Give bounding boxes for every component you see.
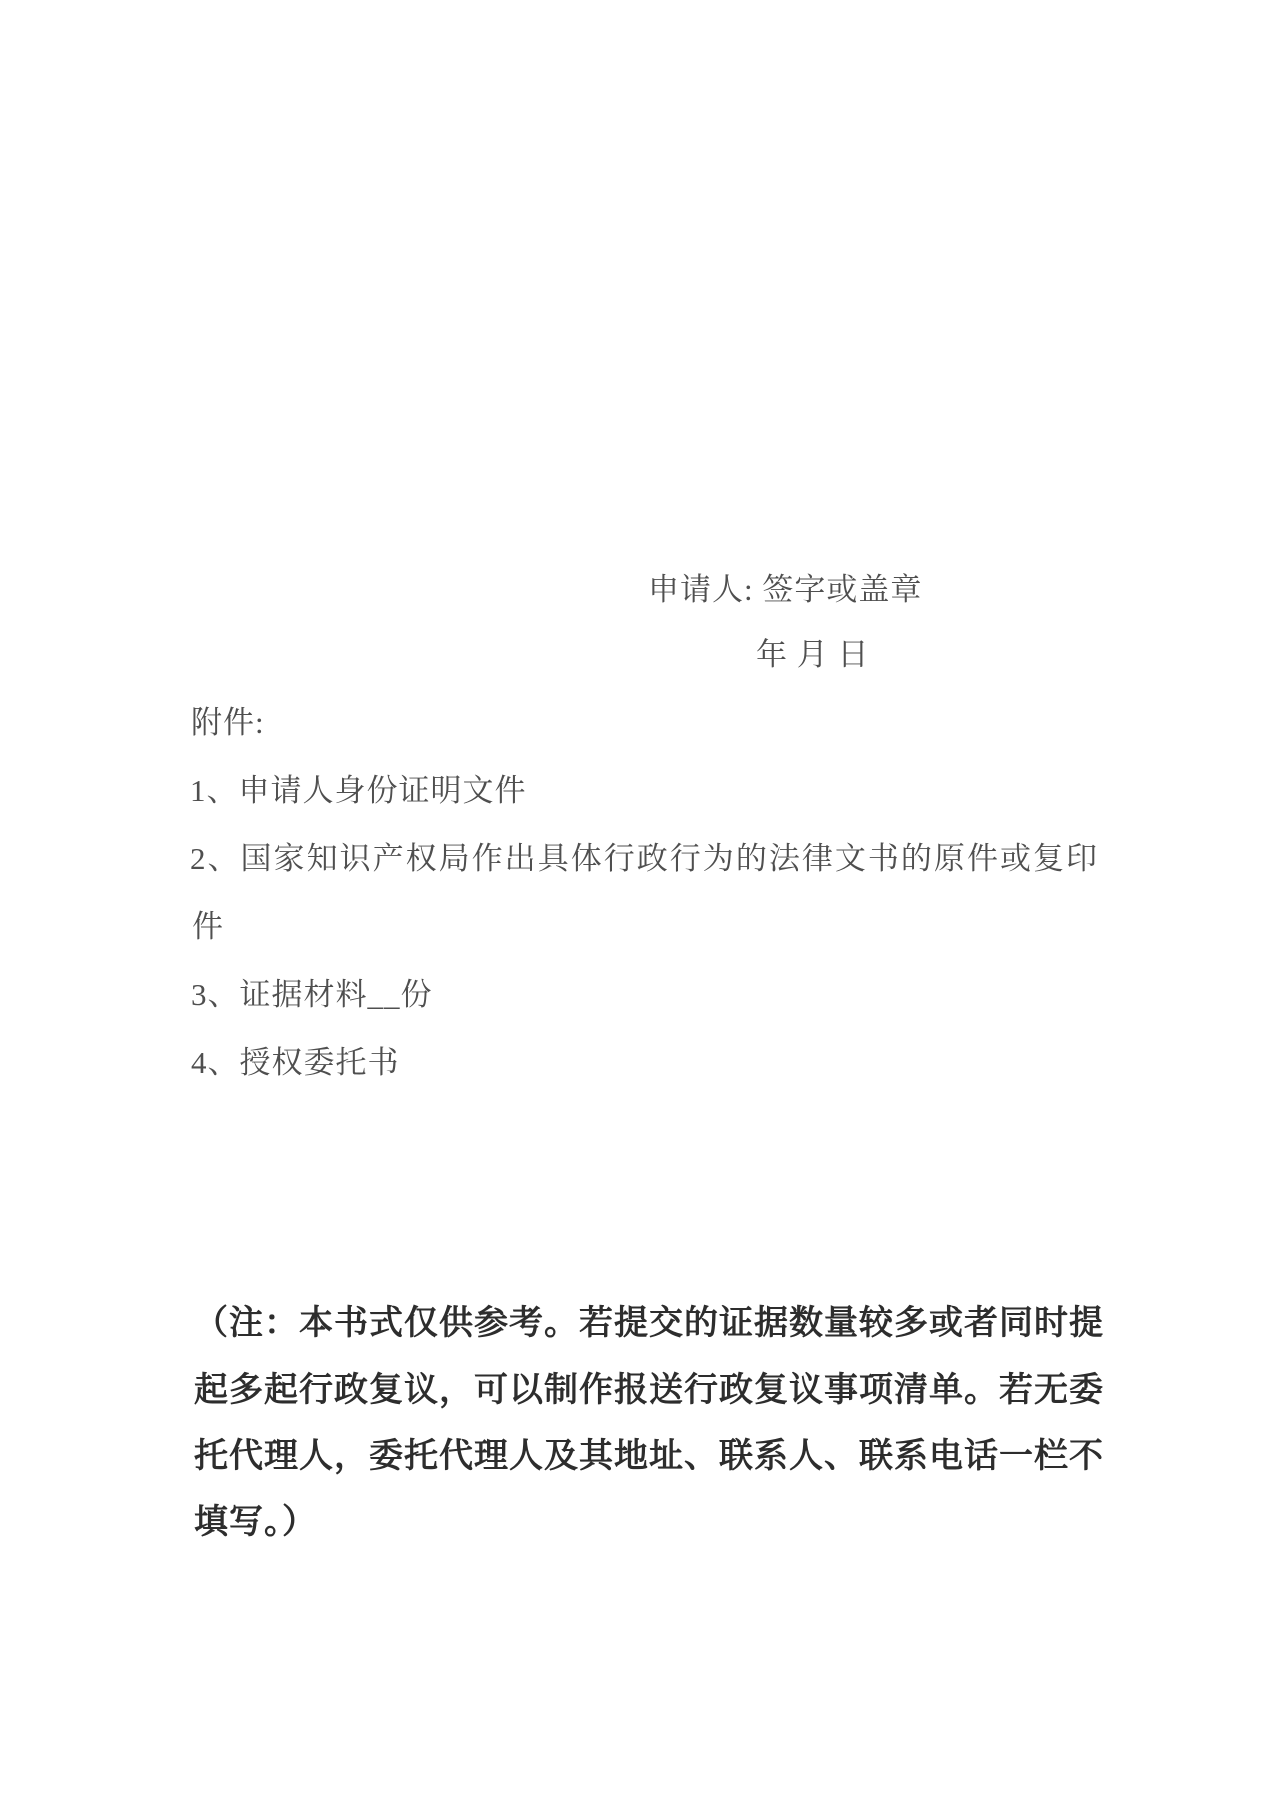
attachment-item-4: 4、授权委托书 [191,1040,400,1086]
note-paragraph-line-1: （注：本书式仅供参考。若提交的证据数量较多或者同时提 [194,1298,1104,1348]
note-paragraph-line-3: 托代理人，委托代理人及其地址、联系人、联系电话一栏不 [194,1431,1104,1481]
date-line: 年 月 日 [756,632,870,678]
attachment-item-3: 3、证据材料__份 [191,972,433,1018]
note-paragraph-line-4: 填写。） [194,1497,317,1547]
document-page: 申请人: 签字或盖章 年 月 日 附件: 1、申请人身份证明文件 2、国家知识产… [0,0,1280,1810]
attachment-item-1: 1、申请人身份证明文件 [190,768,527,814]
note-paragraph-line-2: 起多起行政复议，可以制作报送行政复议事项清单。若无委 [194,1365,1104,1415]
attachment-item-2-line-2: 件 [192,904,224,950]
attachment-item-2-line-1: 2、国家知识产权局作出具体行政行为的法律文书的原件或复印 [190,836,1098,882]
attachments-label: 附件: [191,700,265,746]
applicant-signature-line: 申请人: 签字或盖章 [648,567,922,613]
